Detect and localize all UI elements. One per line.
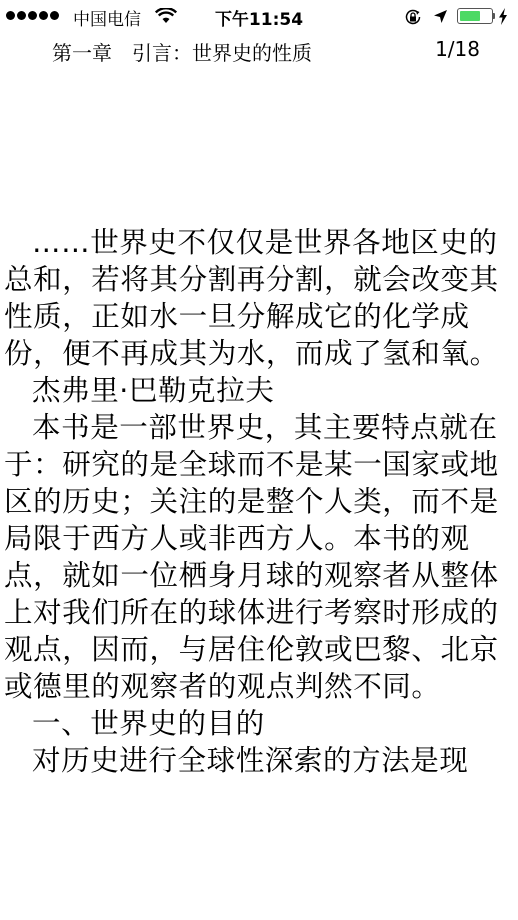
chapter-title: 第一章 引言：世界史的性质 xyxy=(52,37,312,66)
battery-icon xyxy=(457,8,493,24)
page-indicator: 1/18 xyxy=(435,37,480,61)
rotation-lock-icon xyxy=(404,8,422,26)
charging-icon xyxy=(498,8,508,25)
text-line: 本书是一部世界史，其主要特点就在 xyxy=(0,409,518,446)
status-bar: 中国电信 下午11:54 xyxy=(0,0,518,34)
clock-time: 下午11:54 xyxy=(215,5,303,30)
text-line: 局限于西方人或非西方人。本书的观 xyxy=(0,520,518,557)
text-line: 于：研究的是全球而不是某一国家或地 xyxy=(0,446,518,483)
text-line: 性质，正如水一旦分解成它的化学成 xyxy=(0,298,518,335)
reader-header: 第一章 引言：世界史的性质 1/18 xyxy=(0,34,518,66)
text-line: ……世界史不仅仅是世界各地区史的 xyxy=(0,224,518,261)
text-line: 或德里的观察者的观点判然不同。 xyxy=(0,668,518,705)
text-line: 总和，若将其分割再分割，就会改变其 xyxy=(0,261,518,298)
battery-tip xyxy=(493,13,495,19)
book-page-content[interactable]: ……世界史不仅仅是世界各地区史的 总和，若将其分割再分割，就会改变其 性质，正如… xyxy=(0,224,518,779)
text-line: 点，就如一位栖身月球的观察者从整体 xyxy=(0,557,518,594)
text-line: 上对我们所在的球体进行考察时形成的 xyxy=(0,594,518,631)
location-icon xyxy=(433,9,448,24)
text-line: 杰弗里·巴勒克拉夫 xyxy=(0,372,518,409)
text-line: 份，便不再成其为水，而成了氢和氧。 xyxy=(0,335,518,372)
section-heading: 一、世界史的目的 xyxy=(0,705,518,742)
text-line: 观点，因而，与居住伦敦或巴黎、北京 xyxy=(0,631,518,668)
text-line: 区的历史；关注的是整个人类，而不是 xyxy=(0,483,518,520)
text-line: 对历史进行全球性深索的方法是现 xyxy=(0,742,518,779)
